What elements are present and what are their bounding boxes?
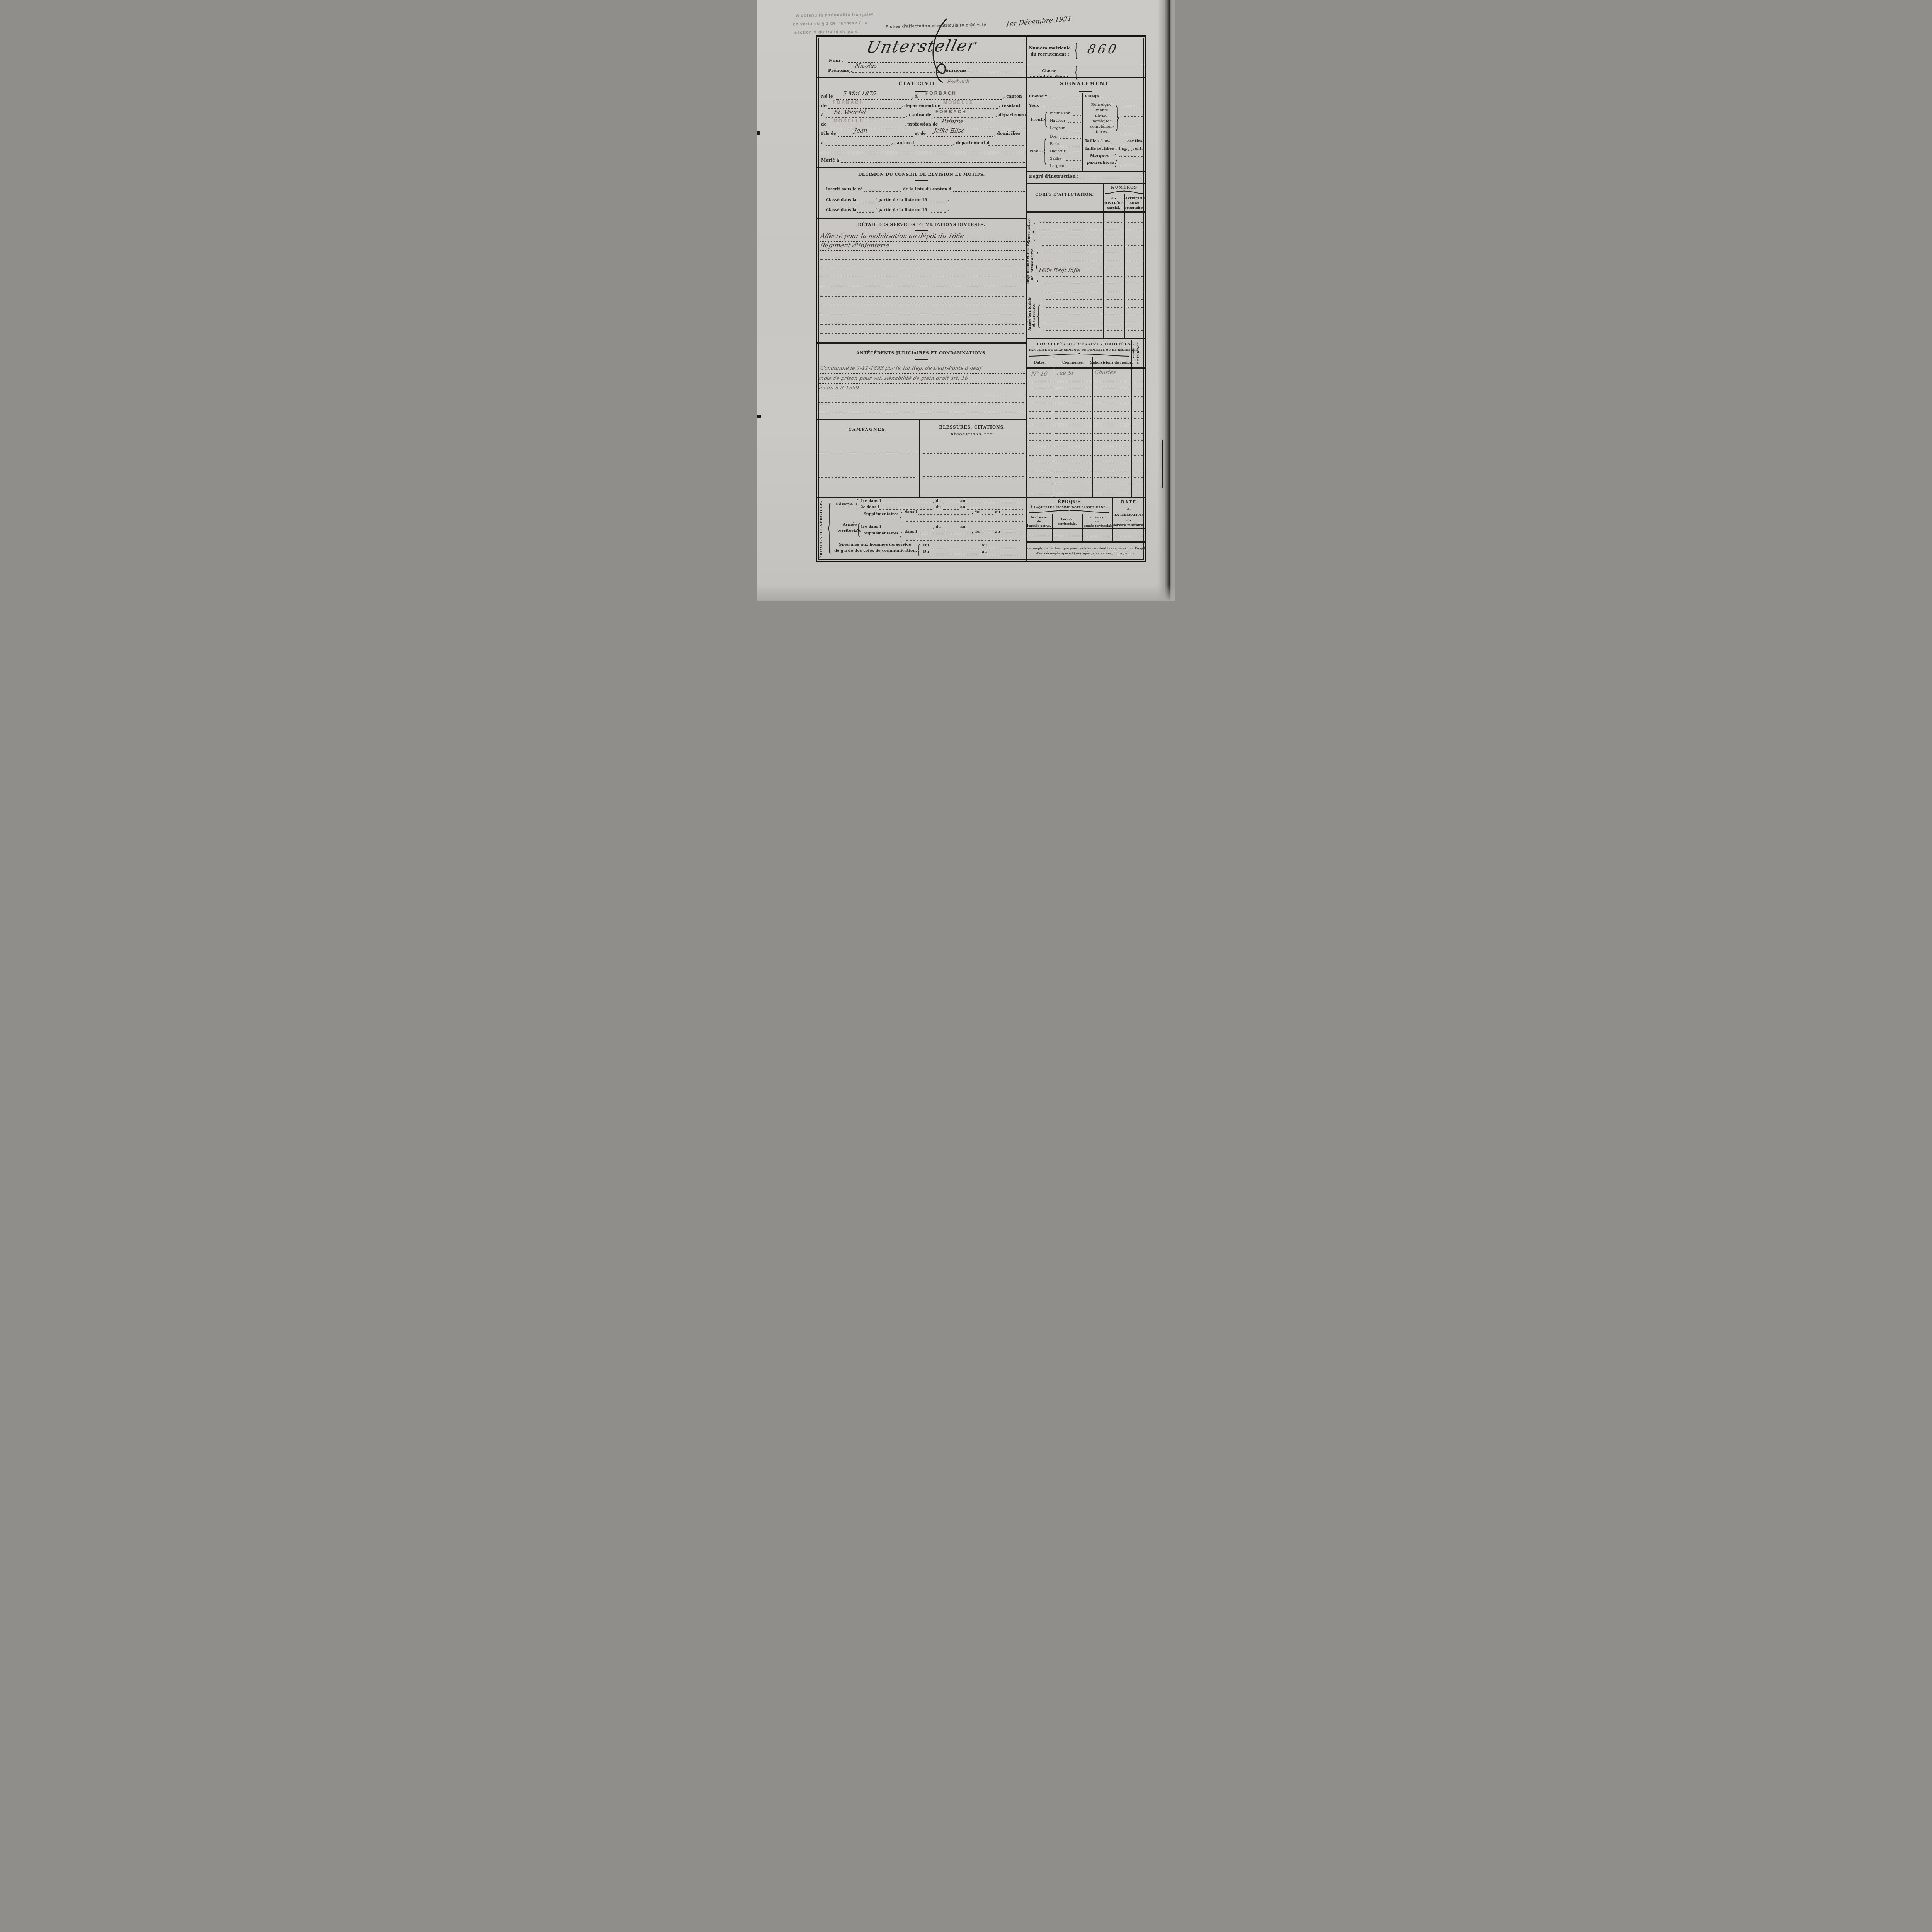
section-divider: [817, 167, 1026, 168]
leader: [1111, 143, 1126, 143]
du-cap-label: Du: [923, 544, 929, 548]
numero-matricule-label-1: Numéro matricule: [1029, 46, 1071, 51]
cheveux-label: Cheveux: [1029, 95, 1047, 99]
leader: [931, 554, 980, 554]
leader: [914, 145, 952, 146]
leader: [918, 514, 970, 515]
brace: [857, 522, 861, 537]
departement-stamp: MOSELLE: [943, 100, 974, 105]
leader: [1126, 269, 1143, 269]
leader: [849, 72, 943, 73]
leader: [857, 212, 874, 213]
matricule-header-line2: ou au: [1130, 201, 1139, 204]
profession-handwritten: Peintre: [941, 119, 963, 124]
partie-liste-label-2: ° partie de la liste en 19: [875, 208, 927, 212]
renseignements-line3: physio-: [1095, 114, 1109, 118]
leader: [826, 145, 890, 146]
leader: [1119, 156, 1143, 157]
nez-label: Nez . .: [1030, 150, 1043, 153]
domicilies-label: , domiciliés: [994, 132, 1020, 136]
epoque-col3-line1: la réserve: [1089, 516, 1105, 519]
brace: [1043, 137, 1047, 165]
leader: [1126, 230, 1143, 230]
epoque-col1-line1: la réserve: [1031, 516, 1047, 519]
leader: [1029, 381, 1052, 381]
leader: [1126, 222, 1143, 223]
classe-dans-label-2: Classé dans la: [826, 208, 856, 212]
leader: [838, 136, 913, 137]
corps-col-divider: [1124, 194, 1125, 338]
brace: [1074, 42, 1078, 60]
dot-label-2: .: [948, 208, 949, 212]
localites-row1-subdivisions-handwritten: Charles: [1094, 370, 1117, 375]
residence-rotated-header: R RÉSIDENCE.: [1137, 342, 1140, 364]
domicile-rotated-header: D DOMICILE.: [1133, 343, 1135, 363]
supplementaires-label-2: Supplémentaires: [864, 532, 898, 536]
leader: [820, 306, 1025, 306]
leader: [879, 509, 932, 510]
renseignements-line5: complémen-: [1090, 125, 1114, 129]
scan-mark: [757, 131, 760, 135]
leader: [931, 548, 980, 548]
leader: [819, 402, 1025, 403]
marie-a-label: Marié à: [821, 158, 839, 162]
base-label: Base: [1050, 142, 1059, 146]
canton-de-label: , canton de: [906, 113, 931, 117]
leader: [982, 514, 993, 515]
leader: [1105, 307, 1122, 308]
du-label: , du: [933, 505, 941, 509]
leader: [820, 269, 1025, 269]
epoque-subtitle: À LAQUELLE L'HOMME DOIT PASSER DANS :: [1031, 506, 1108, 509]
leader: [943, 509, 959, 510]
leader: [989, 548, 1023, 548]
section-divider: [817, 218, 1026, 219]
leader: [841, 162, 1025, 163]
leader: [1126, 284, 1143, 284]
centim-label: centim.: [1127, 139, 1143, 143]
leader: [967, 509, 1023, 510]
leader: [1044, 323, 1102, 323]
departement-residence-stamp: MOSELLE: [833, 119, 864, 123]
disponibilite-rotated-line2: de l'armée active.: [1031, 248, 1034, 280]
scanned-page: A obtenu la nationalité française en ver…: [757, 0, 1175, 601]
au-label: au: [960, 525, 965, 529]
naissance-lieu-stamp: FORBACH: [925, 91, 957, 95]
leader: [881, 529, 932, 529]
localites-title: LOCALITÉS SUCCESSIVES HABITÉES: [1037, 343, 1131, 347]
leader: [819, 454, 917, 454]
epoque-col3-line3: l'armée territoriale: [1082, 524, 1113, 527]
header-divider: [817, 77, 1145, 78]
section-divider: [817, 342, 1026, 344]
leader: [1126, 253, 1143, 253]
armee-row1-label: 1re dans l: [861, 525, 881, 529]
leader: [820, 315, 1025, 315]
reserve-label: Réserve . . . .: [836, 503, 864, 507]
title-rule: [915, 230, 928, 231]
leader: [927, 136, 993, 137]
scan-mark: [757, 415, 761, 418]
a3-label: à: [821, 141, 824, 145]
services-title: DÉTAIL DES SERVICES ET MUTATIONS DIVERSE…: [858, 223, 985, 227]
naturalisation-stamp-line3: section V du traité de paix.: [794, 30, 859, 35]
leader: [1055, 381, 1091, 381]
degre-instruction-label: Degré d'instruction :: [1029, 174, 1078, 179]
leader: [1040, 238, 1102, 238]
controle-header-line3: spécial.: [1107, 206, 1120, 209]
disponibilite-rotated-line1: Disponibilité et réserve: [1027, 241, 1030, 284]
territoriale-rotated-line1: Armée territoriale: [1028, 297, 1032, 331]
leader: [1105, 323, 1122, 323]
date-header-line3: LA LIBÉRATION: [1114, 513, 1143, 516]
leader: [819, 383, 1025, 384]
leader: [1105, 276, 1122, 277]
leader: [1116, 536, 1143, 536]
leader: [1119, 166, 1143, 166]
leader: [1042, 292, 1102, 292]
visage-label: Visage: [1085, 95, 1099, 99]
epoque-note-line2: d'un décompte spécial ( engagés , condam…: [1036, 552, 1134, 555]
signalement-title: SIGNALEMENT.: [1060, 82, 1111, 86]
leader: [1126, 299, 1143, 300]
leader: [820, 278, 1025, 278]
supplementaires-label: Supplémentaires: [864, 512, 898, 516]
leader: [1105, 222, 1122, 223]
nom-value-handwritten: Untersteller: [865, 37, 978, 55]
corps-entry-handwritten: 166e Régt Infie: [1038, 268, 1081, 273]
leader: [943, 529, 959, 529]
form-border: Untersteller Nom : Nicolas Prénoms : Sur…: [816, 35, 1146, 562]
naissance-date-handwritten: 5 Mai 1875: [842, 91, 877, 97]
page-edge-shadow: [1158, 0, 1175, 601]
de-label: de: [821, 104, 827, 108]
leader: [1042, 253, 1102, 253]
au-label: au: [982, 544, 987, 548]
epoque-header-rule: [1026, 528, 1145, 529]
surnoms-label: Surnoms :: [946, 68, 970, 73]
epoque-title: ÉPOQUE: [1058, 500, 1081, 504]
leader: [1126, 292, 1143, 292]
antecedents-handwritten-line3: loi du 5-8-1899.: [818, 386, 861, 391]
classe-dans-label: Classé dans la: [826, 198, 856, 202]
rule: [1026, 171, 1145, 172]
leader: [1105, 245, 1122, 246]
brace: [1114, 153, 1118, 167]
leader: [1068, 122, 1081, 123]
leader: [857, 202, 874, 202]
campagnes-divider: [919, 419, 920, 497]
cent-label: cent.: [1133, 147, 1143, 151]
yeux-label: Yeux: [1029, 104, 1039, 108]
naturalisation-stamp-line1: A obtenu la nationalité française: [796, 12, 874, 18]
decision-title: DÉCISION DU CONSEIL DE REVISION ET MOTIF…: [858, 173, 985, 177]
corps-affectation-title: CORPS D'AFFECTATION.: [1035, 193, 1094, 197]
du-label: , du: [972, 510, 980, 514]
brace: [1116, 104, 1119, 131]
leader: [1044, 307, 1102, 308]
reserve-row2-label: 2e dans l: [861, 505, 879, 509]
leader: [1105, 261, 1122, 261]
du-cap-label-2: Du: [923, 550, 929, 554]
campagnes-title: CAMPAGNES.: [849, 428, 888, 432]
localites-row1-dates-handwritten: N° 10: [1031, 371, 1048, 377]
leader: [1044, 108, 1081, 108]
leader: [1126, 238, 1143, 238]
subdivisions-header: Subdivisions de région.: [1090, 361, 1133, 365]
front-hauteur-label: Hauteur: [1050, 119, 1065, 123]
fils-de-label: Fils de: [821, 132, 836, 136]
renseignements-line4: nomiques: [1092, 119, 1111, 123]
du-label: , du: [972, 530, 980, 534]
prenoms-value-handwritten: Nicolas: [854, 63, 878, 69]
territoriale-rotated-line2: et sa réserve.: [1032, 303, 1036, 327]
numero-value-handwritten: 860: [1087, 43, 1120, 55]
leader: [922, 476, 1024, 477]
leader: [820, 259, 1025, 260]
dans-l-label-2: dans l: [905, 530, 917, 534]
leader: [1126, 245, 1143, 246]
departement-label: , département: [996, 113, 1028, 117]
brace: [1032, 223, 1036, 241]
taille-label: Taille : 1 m.: [1085, 139, 1110, 143]
inscrit-label: Inscrit sous le n°: [826, 187, 862, 191]
leader: [988, 145, 1025, 146]
leader: [1068, 130, 1081, 130]
matricule-header-line1: MATRICULE: [1124, 197, 1145, 200]
leader: [1122, 116, 1143, 117]
leader: [1094, 381, 1129, 381]
leader: [1122, 135, 1143, 135]
brace: [1044, 111, 1048, 128]
localites-col-divider: [1092, 357, 1093, 497]
dates-header: Dates.: [1034, 361, 1046, 365]
epoque-col1-line2: de: [1037, 520, 1041, 523]
brace: [1035, 251, 1039, 283]
services-handwritten-line2: Régiment d'Infanterie: [820, 242, 890, 248]
leader: [1002, 534, 1022, 534]
leader: [1044, 330, 1102, 331]
leader: [931, 202, 947, 202]
blessures-title-line2: DÉCORATIONS, ETC.: [951, 432, 994, 435]
leader: [1105, 284, 1122, 284]
leader: [1126, 307, 1143, 308]
title-rule: [915, 180, 928, 181]
leader: [820, 296, 1025, 297]
leader: [1050, 99, 1081, 99]
leader: [1122, 107, 1143, 107]
antecedents-handwritten-line1: Condamné le 7-11-1893 par le Tal Rég. de…: [820, 366, 982, 371]
particulieres-label: particulières.: [1087, 161, 1116, 165]
leader: [989, 554, 1023, 554]
au-label: au: [982, 550, 987, 554]
date-col-divider: [1112, 497, 1113, 541]
taille-rectifiee-label: Taille rectifiée : 1 m.: [1085, 147, 1127, 151]
de2-label: de: [821, 122, 827, 127]
leader: [1042, 261, 1102, 261]
marques-label: Marques: [1090, 154, 1109, 158]
leader: [1105, 292, 1122, 292]
leader: [1105, 269, 1122, 269]
speciales-label-line1: Spéciales aux hommes du service: [839, 543, 911, 547]
armee-active-rotated: Armée active.: [1027, 218, 1031, 243]
liste-canton-label: de la liste du canton d: [903, 187, 951, 191]
au-label: au: [960, 499, 965, 503]
leader: [881, 503, 932, 503]
leader: [1122, 126, 1143, 126]
leader: [1060, 138, 1081, 139]
leader: [905, 540, 1022, 541]
leader: [1105, 230, 1122, 230]
dans-l-label: dans l: [905, 510, 917, 514]
epoque-brace: [1029, 510, 1109, 513]
section-divider: [817, 419, 1026, 420]
mere-handwritten: Jelke Elise: [933, 128, 965, 134]
blessures-title-line1: BLESSURES, CITATIONS,: [939, 425, 1005, 430]
leader: [1126, 315, 1143, 315]
leader: [1068, 168, 1081, 168]
signalement-divider: [1082, 93, 1083, 171]
renseignements-line1: Renseigne-: [1091, 103, 1113, 107]
a2-label: à: [821, 113, 824, 117]
leader: [820, 287, 1025, 287]
canton-residence-stamp: FORBACH: [935, 109, 967, 114]
leader: [1065, 160, 1081, 161]
profession-de-label: , profession de: [905, 122, 938, 127]
leader: [1054, 536, 1081, 536]
leader: [1126, 261, 1143, 261]
leader: [1002, 514, 1023, 515]
epoque-note-line1: Ne remplir ce tableau que pour les homme…: [1026, 547, 1145, 550]
localites-subtitle: PAR SUITE DE CHANGEMENTS DE DOMICILE OU …: [1029, 349, 1139, 352]
leader: [943, 503, 959, 503]
numeros-brace: [1105, 190, 1143, 194]
front-label: Front,: [1031, 118, 1044, 122]
epoque-col3-line2: de: [1095, 520, 1099, 523]
ne-le-label: Né le: [821, 95, 833, 99]
leader: [864, 191, 901, 192]
brace: [855, 498, 859, 510]
leader: [918, 534, 970, 534]
corps-header-rule: [1026, 211, 1145, 213]
pere-handwritten: Jean: [854, 128, 868, 134]
inclinaison-label: Inclinaison: [1050, 112, 1070, 116]
scan-mark: [1162, 440, 1163, 488]
leader: [1105, 315, 1122, 315]
leader: [820, 250, 1025, 251]
residant-label: , résidant: [999, 104, 1020, 108]
leader: [1105, 253, 1122, 253]
reserve-row1-label: 1re dans l: [861, 499, 881, 503]
etat-civil-annotation-handwritten: Forbach: [947, 79, 970, 85]
leader: [819, 412, 1025, 412]
nez-hauteur-label: Hauteur: [1050, 150, 1065, 153]
departement-d-label: , département d: [953, 141, 990, 145]
leader: [1105, 330, 1122, 331]
dot-label: .: [948, 198, 949, 202]
title-rule: [915, 359, 928, 360]
leader: [1029, 536, 1051, 536]
localites-col-divider: [1054, 357, 1054, 497]
localites-header-rule: [1026, 367, 1145, 369]
et-de-label: et de: [915, 132, 926, 136]
communes-header: Communes.: [1062, 361, 1084, 365]
date-header-line4: du: [1126, 519, 1131, 522]
epoque-col-divider: [1082, 514, 1083, 541]
leader: [1124, 150, 1132, 151]
epoque-col-divider: [1052, 514, 1053, 541]
leader: [1126, 330, 1143, 331]
page-bottom-shadow: [757, 585, 1175, 601]
leader: [969, 73, 1025, 73]
leader: [819, 477, 917, 478]
leader: [1068, 153, 1081, 153]
periodes-rotated-title: PÉRIODES D'EXERCICES.: [820, 500, 823, 562]
title-rule: [1079, 91, 1092, 92]
naturalisation-stamp-line2: en vertu du § 2 de l'annexe à la: [793, 21, 868, 26]
antecedents-handwritten-line2: mois de prison pour vol. Réhabilité de p…: [818, 376, 969, 381]
numero-matricule-label-2: du recrutement :: [1031, 53, 1069, 57]
au-label: au: [960, 505, 965, 509]
leader: [1061, 146, 1081, 146]
brace: [827, 500, 831, 555]
leader: [826, 117, 905, 118]
leader: [1042, 284, 1102, 284]
controle-header-line2: CONTRÔLE: [1104, 201, 1124, 204]
partie-liste-label: ° partie de la liste en 19: [875, 198, 927, 202]
leader: [1133, 381, 1143, 381]
leader: [820, 324, 1025, 325]
numeros-header: NUMÉROS: [1111, 186, 1137, 190]
section-divider: [817, 497, 1145, 498]
canton-stamp: FORBACH: [833, 100, 864, 105]
leader: [1040, 222, 1102, 223]
speciales-label-line2: de garde des voies de communication.: [834, 549, 917, 553]
leader: [1085, 536, 1110, 536]
du-label: , du: [933, 525, 941, 529]
au-label: au: [995, 530, 1000, 534]
canton-label: , canton: [1003, 95, 1022, 99]
localites-brace: [1029, 353, 1129, 357]
renseignements-line6: taires.: [1096, 130, 1108, 134]
leader: [1126, 323, 1143, 323]
brace: [899, 512, 903, 523]
services-handwritten-line1: Affecté pour la mobilisation au dépôt du…: [820, 233, 964, 239]
brace: [917, 544, 921, 557]
rule: [1026, 65, 1145, 65]
leader: [905, 521, 1023, 522]
leader: [1072, 179, 1143, 179]
a-label: , à: [912, 95, 918, 99]
leader: [931, 212, 947, 213]
leader: [1105, 238, 1122, 238]
controle-header-line1: du: [1111, 197, 1116, 200]
leader: [821, 154, 1025, 154]
antecedents-title: ANTÉCÉDENTS JUDICIAIRES ET CONDAMNATIONS…: [856, 351, 987, 355]
epoque-bottom-rule: [1026, 541, 1145, 543]
au-label: au: [995, 510, 1000, 514]
saillie-label: Saillie: [1050, 157, 1061, 161]
canton-d-label: , canton d: [891, 141, 914, 145]
date-header-line5: service militaire.: [1113, 524, 1145, 527]
leader: [1044, 315, 1102, 315]
corps-col-divider: [1103, 183, 1104, 338]
nom-label: Nom :: [829, 58, 843, 63]
brace: [899, 531, 903, 543]
leader: [820, 373, 1025, 374]
front-largeur-label: Largeur: [1050, 126, 1065, 130]
leader: [922, 453, 1024, 454]
